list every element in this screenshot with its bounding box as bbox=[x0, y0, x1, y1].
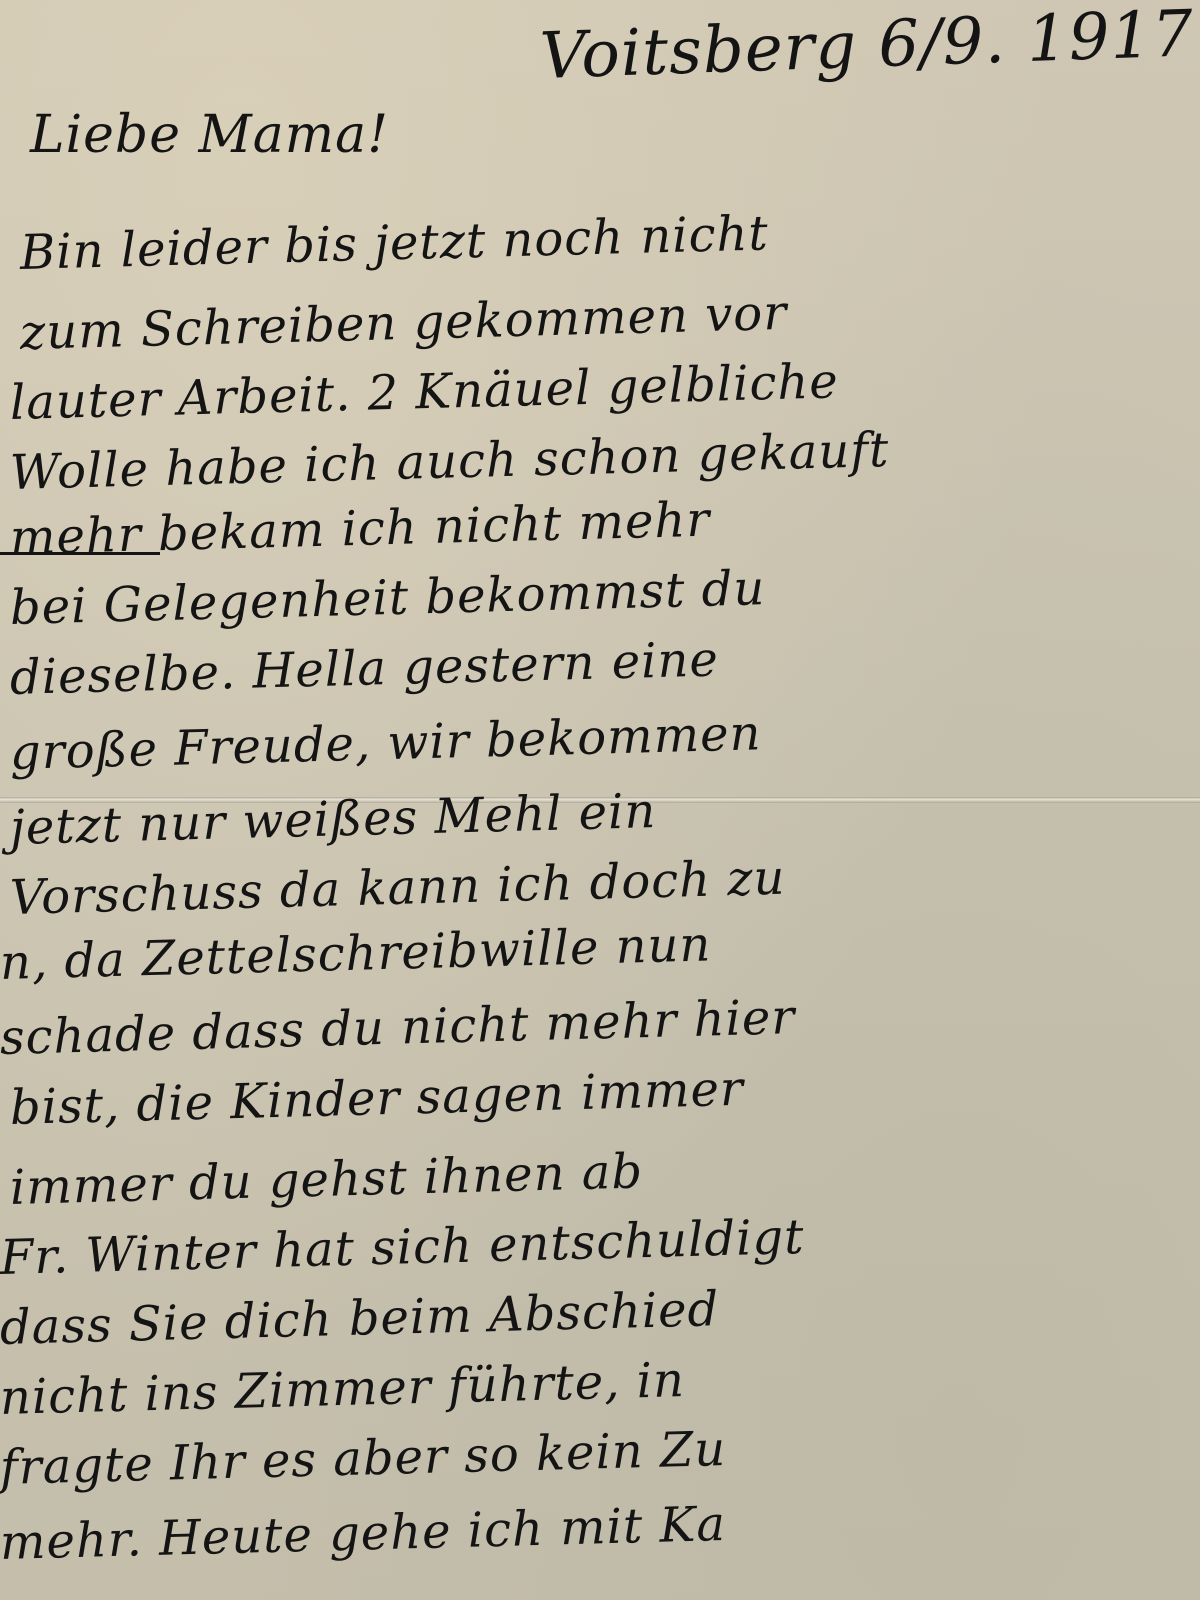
letter-line-10: Vorschuss da kann ich doch zu bbox=[9, 850, 786, 926]
salutation: Liebe Mama! bbox=[30, 105, 389, 165]
letter-page: Voitsberg 6/9. 1917. Liebe Mama! Bin lei… bbox=[0, 0, 1200, 1600]
letter-line-4: Wolle habe ich auch schon gekauft bbox=[9, 422, 890, 501]
letter-line-3: lauter Arbeit. 2 Knäuel gelbliche bbox=[9, 353, 839, 431]
letter-line-16: dass Sie dich beim Abschied bbox=[0, 1281, 720, 1356]
letter-line-12: schade dass du nicht mehr hier bbox=[0, 989, 796, 1066]
letter-line-8: große Freude, wir bekommen bbox=[9, 705, 762, 781]
letter-line-13: bist, die Kinder sagen immer bbox=[9, 1061, 744, 1136]
letter-line-2: zum Schreiben gekommen vor bbox=[19, 285, 788, 361]
letter-line-11: n, da Zettelschreibwille nun bbox=[0, 916, 712, 991]
place-date: Voitsberg 6/9. 1917. bbox=[539, 0, 1200, 94]
letter-line-15: Fr. Winter hat sich entschuldigt bbox=[0, 1209, 805, 1286]
letter-line-18: fragte Ihr es aber so kein Zu bbox=[0, 1421, 727, 1496]
letter-line-19: mehr. Heute gehe ich mit Ka bbox=[0, 1496, 727, 1571]
letter-line-7: dieselbe. Hella gestern eine bbox=[9, 631, 719, 706]
letter-line-6: bei Gelegenheit bekommst du bbox=[9, 560, 766, 636]
letter-line-1: Bin leider bis jetzt noch nicht bbox=[19, 205, 769, 281]
letter-line-17: nicht ins Zimmer führte, in bbox=[0, 1352, 686, 1426]
letter-line-9: jetzt nur weißes Mehl ein bbox=[9, 783, 657, 856]
letter-line-14: immer du gehst ihnen ab bbox=[9, 1143, 643, 1216]
underline-mark bbox=[0, 552, 160, 555]
